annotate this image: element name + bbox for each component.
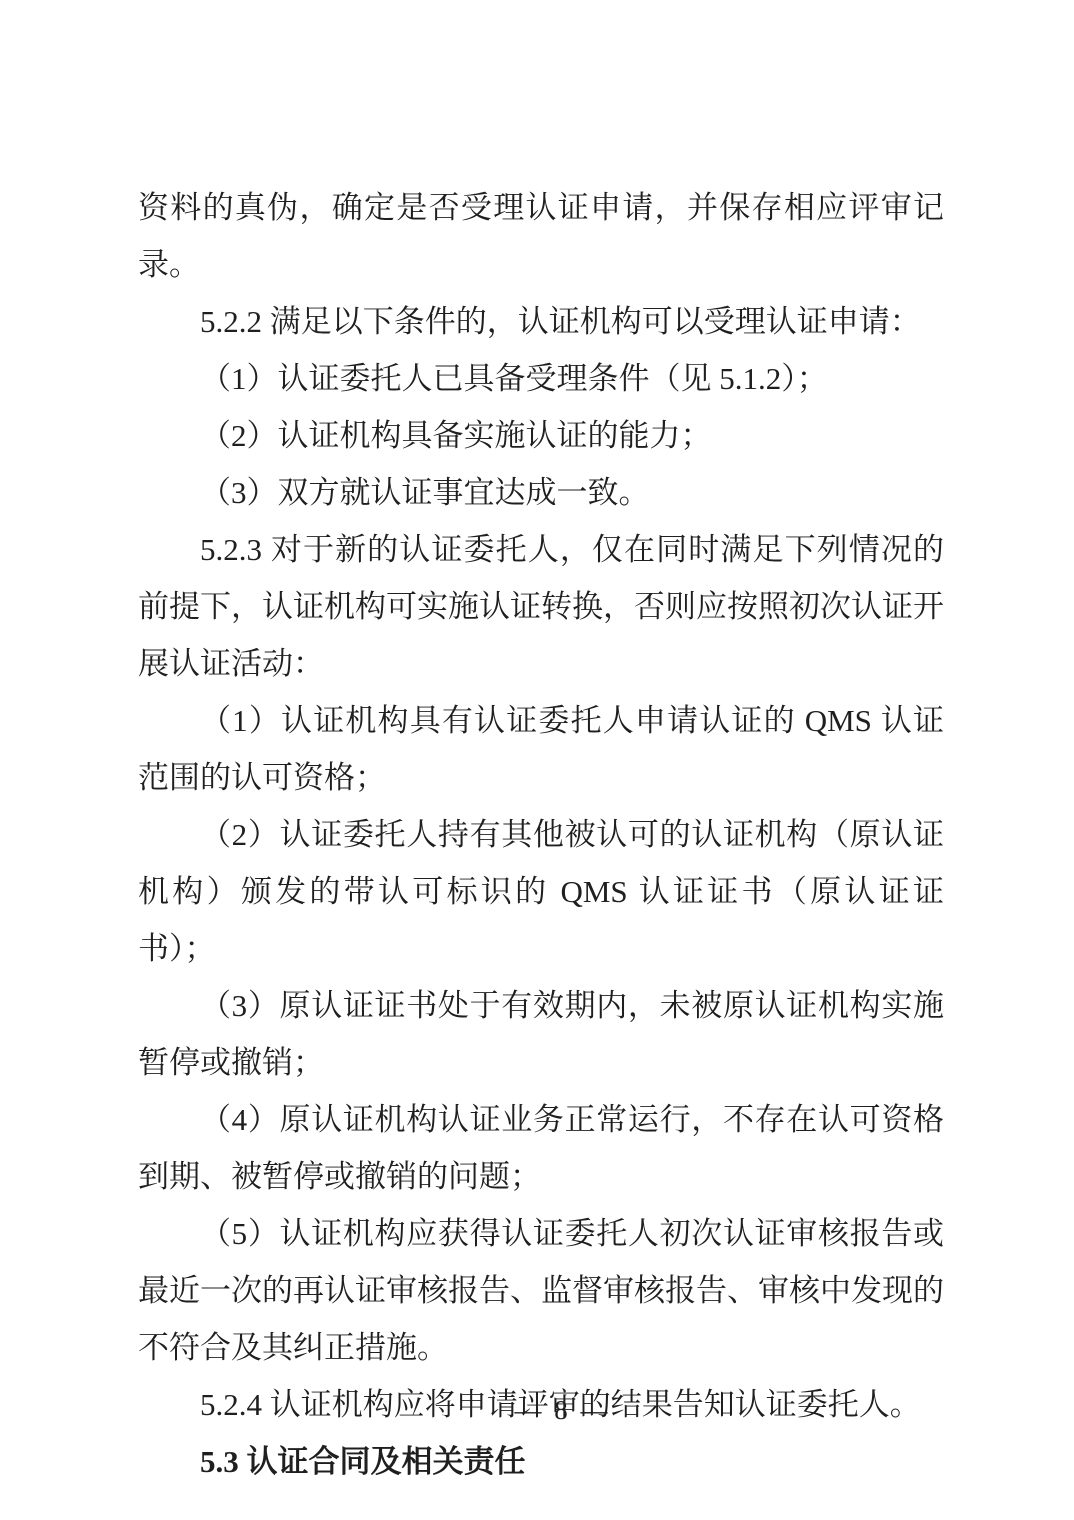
page-number: — 8 — [0,1390,1074,1430]
item-5-2-3-5: （5）认证机构应获得认证委托人初次认证审核报告或最近一次的再认证审核报告、监督审… [138,1205,944,1376]
item-5-2-3-2: （2）认证委托人持有其他被认可的认证机构（原认证机构）颁发的带认可标识的 QMS… [138,806,944,977]
item-5-2-3-1: （1）认证机构具有认证委托人申请认证的 QMS 认证范围的认可资格； [138,692,944,806]
paragraph-continuation: 资料的真伪，确定是否受理认证申请，并保存相应评审记录。 [138,179,944,293]
section-5-2-3: 5.2.3 对于新的认证委托人，仅在同时满足下列情况的前提下，认证机构可实施认证… [138,521,944,692]
item-5-2-2-3: （3）双方就认证事宜达成一致。 [138,464,944,521]
item-5-2-2-2: （2）认证机构具备实施认证的能力； [138,407,944,464]
section-5-2-2: 5.2.2 满足以下条件的，认证机构可以受理认证申请： [138,293,944,350]
item-5-2-3-4: （4）原认证机构认证业务正常运行，不存在认可资格到期、被暂停或撤销的问题； [138,1091,944,1205]
document-page: 资料的真伪，确定是否受理认证申请，并保存相应评审记录。 5.2.2 满足以下条件… [0,0,1074,1520]
heading-5-3: 5.3 认证合同及相关责任 [138,1433,944,1490]
item-5-2-3-3: （3）原认证证书处于有效期内，未被原认证机构实施暂停或撤销； [138,977,944,1091]
item-5-2-2-1: （1）认证委托人已具备受理条件（见 5.1.2）； [138,350,944,407]
document-body: 资料的真伪，确定是否受理认证申请，并保存相应评审记录。 5.2.2 满足以下条件… [138,179,944,1490]
